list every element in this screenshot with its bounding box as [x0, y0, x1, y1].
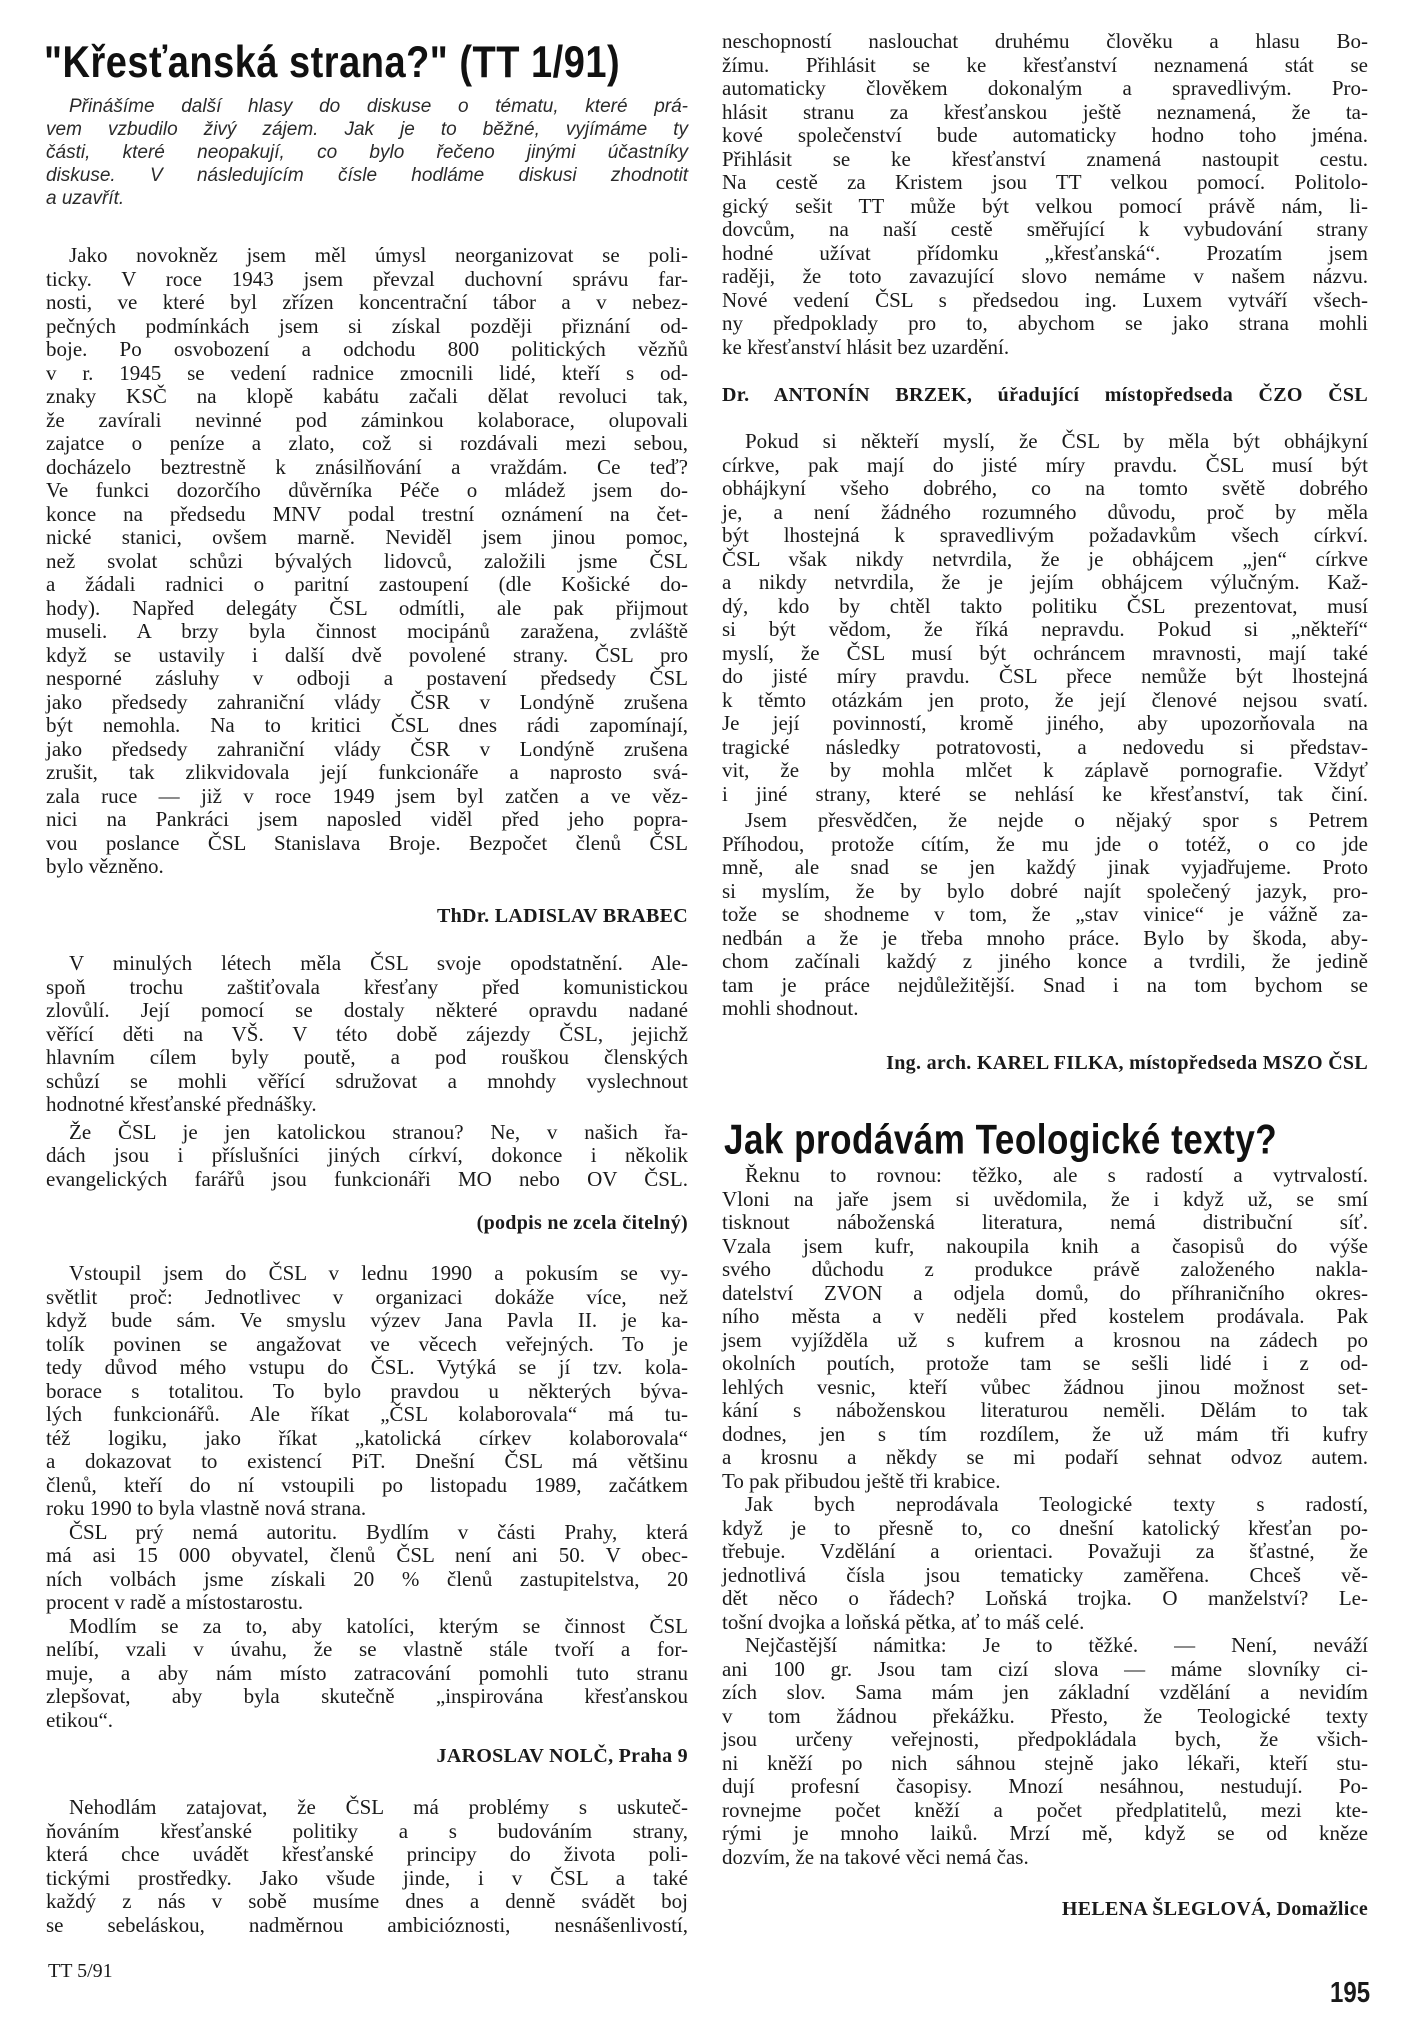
letter-filka: Pokud si někteří myslí, že ČSL by měla b… [722, 430, 1368, 1021]
text-line: Nejčastější námitka: Je to těžké. — Není… [722, 1634, 1368, 1658]
text-line: To pak přibudou ještě tři krabice. [722, 1470, 1368, 1494]
text-line: zlovůlí. Její pomocí se dostaly některé … [46, 999, 688, 1023]
text-line: nesporné zásluhy v odboji a postavení př… [46, 667, 688, 691]
text-line: nedbán a že je třeba mnoho práce. Bylo b… [722, 927, 1368, 951]
text-line: tolík povinen se angažovat ve věcech veř… [46, 1333, 688, 1357]
text-line: nelíbí, vzali v úvahu, že se vlastně stá… [46, 1638, 688, 1662]
signature-filka: Ing. arch. KAREL FILKA, místopředseda MS… [886, 1052, 1368, 1075]
text-line: boje. Po osvobození a odchodu 800 politi… [46, 338, 688, 362]
text-line: mně, ale snad se jen každý jinak vyjadřu… [722, 856, 1368, 880]
text-line: dují profesní časopisy. Mnozí nesáhnou, … [722, 1775, 1368, 1799]
text-line: světlit proč: Jednotlivec v organizaci d… [46, 1286, 688, 1310]
text-line: Pokud si někteří myslí, že ČSL by měla b… [722, 430, 1368, 454]
text-line: Nehodlám zatajovat, že ČSL má problémy s… [46, 1796, 688, 1820]
text-line: tam je práce nejdůležitější. Snad i na t… [722, 974, 1368, 998]
text-line: hodnotné křesťanské přednášky. [46, 1093, 688, 1117]
text-line: konce na předsedu MNV podal trestní ozná… [46, 503, 688, 527]
text-line: jako předsedy zahraniční vlády ČSR v Lon… [46, 738, 688, 762]
text-line: neschopností naslouchat druhému člověku … [722, 30, 1368, 54]
text-line: hodné užívat přídomku „křesťanská“. Proz… [722, 242, 1368, 266]
intro-line: diskuse. V následujícím čísle hodláme di… [46, 164, 688, 187]
text-line: nici na Pankráci jsem naposled viděl pře… [46, 808, 688, 832]
text-line: Na cestě za Kristem jsou TT velkou pomoc… [722, 171, 1368, 195]
text-line: Jak bych neprodávala Teologické texty s … [722, 1493, 1368, 1517]
text-line: dět něco o řádech? Loňská trojka. O manž… [722, 1587, 1368, 1611]
text-line: datelství ZVON a odjela domů, do příhran… [722, 1282, 1368, 1306]
text-line: ticky. V roce 1943 jsem převzal duchovní… [46, 268, 688, 292]
text-line: pečných podmínkách jsem si získal pozděj… [46, 315, 688, 339]
text-line: evangelických farářů jsou funkcionáři MO… [46, 1168, 688, 1192]
text-line: lých funkcionářů. Ale říkat „ČSL kolabor… [46, 1403, 688, 1427]
letter-unsigned: V minulých létech měla ČSL svoje opodsta… [46, 952, 688, 1191]
text-line: etikou“. [46, 1709, 688, 1733]
text-line: docházelo beztrestně k znásilňování a vr… [46, 456, 688, 480]
text-line: rovnejme počet kněží a počet předplatite… [722, 1799, 1368, 1823]
intro-line: Přinášíme další hlasy do diskuse o témat… [46, 95, 688, 118]
text-line: spoň trochu zaštiťovala křesťany před ko… [46, 976, 688, 1000]
text-line: vou poslance ČSL Stanislava Broje. Bezpo… [46, 832, 688, 856]
text-line: zala ruce — již v roce 1949 jsem byl zat… [46, 785, 688, 809]
text-line: mohli shodnout. [722, 997, 1368, 1021]
text-line: Přihlásit se ke křesťanství znamená nast… [722, 148, 1368, 172]
text-line: hody). Napřed delegáty ČSL odmítli, ale … [46, 597, 688, 621]
text-line: tošní dvojka a loňská pětka, ať to máš c… [722, 1611, 1368, 1635]
text-line: V minulých létech měla ČSL svoje opodsta… [46, 952, 688, 976]
text-line: v tom žádnou překážku. Přesto, že Teolog… [722, 1705, 1368, 1729]
text-line: jsem vyjížděla už s kufrem a krosnou na … [722, 1329, 1368, 1353]
text-line: i jiné strany, které se nehlásí ke křesť… [722, 783, 1368, 807]
letter-brabec: Jako novokněz jsem měl úmysl neorganizov… [46, 244, 688, 879]
text-line: hlavním cílem byly poutě, a pod rouškou … [46, 1046, 688, 1070]
text-line: Řeknu to rovnou: těžko, ale s radostí a … [722, 1164, 1368, 1188]
text-line: být nemohla. Na to kritici ČSL dnes rádi… [46, 714, 688, 738]
text-line: bylo vězněno. [46, 855, 688, 879]
article2-body: Řeknu to rovnou: těžko, ale s radostí a … [722, 1164, 1368, 1869]
signature-brzek: Dr. ANTONÍN BRZEK, úřadující místopředse… [722, 384, 1368, 407]
text-line: než svolat schůzi bývalých lidovců, zalo… [46, 550, 688, 574]
text-line: Vzala jsem kufr, nakoupila knih a časopi… [722, 1235, 1368, 1259]
text-line: svého důchodu z produkce právě založenéh… [722, 1258, 1368, 1282]
text-line: a nikdy netvrdila, že je jejím obhájcem … [722, 571, 1368, 595]
text-line: že zavírali nevinné pod záminkou kolabor… [46, 409, 688, 433]
text-line: Modlím se za to, aby katolíci, kterým se… [46, 1615, 688, 1639]
text-line: nické stanici, ovšem marně. Neviděl jsem… [46, 526, 688, 550]
letter-nolc: Vstoupil jsem do ČSL v lednu 1990 a poku… [46, 1262, 688, 1732]
intro-line: vem vzbudilo živý zájem. Jak je to běžné… [46, 118, 688, 141]
text-line: si být vědom, že říká nepravdu. Pokud si… [722, 618, 1368, 642]
intro-line: části, které neopakují, co bylo řečeno j… [46, 141, 688, 164]
text-line: hlásit stranu za křesťanskou ještě nezna… [722, 101, 1368, 125]
text-line: okolních poutích, protože tam se sešli l… [722, 1352, 1368, 1376]
text-line: muje, a aby nám místo zatracování pomohl… [46, 1662, 688, 1686]
text-line: dý, kdo by chtěl takto politiku ČSL prez… [722, 595, 1368, 619]
text-line: a žádali radnici o paritní zastoupení (d… [46, 573, 688, 597]
text-line: zích slov. Sama mám jen základní vzdělán… [722, 1681, 1368, 1705]
text-line: gický sešit TT může být velkou pomocí pr… [722, 195, 1368, 219]
text-line: má asi 15 000 obyvatel, členů ČSL není a… [46, 1544, 688, 1568]
signature-nolc: JAROSLAV NOLČ, Praha 9 [437, 1745, 688, 1768]
text-line: tickými prostředky. Jako všude jinde, i … [46, 1867, 688, 1891]
text-line: zrušit, tak zlikvidovala její funkcionář… [46, 761, 688, 785]
signature-brabec: ThDr. LADISLAV BRABEC [437, 905, 688, 928]
text-line: dovcům, na naší cestě směřující k vybudo… [722, 218, 1368, 242]
issue-folio: TT 5/91 [48, 1960, 113, 1983]
text-line: a krosnu a někdy se mi podaří sehnat odv… [722, 1446, 1368, 1470]
text-line: zajatce o peníze a zlato, což si rozdáva… [46, 432, 688, 456]
text-line: ČSL prý nemá autoritu. Bydlím v části Pr… [46, 1521, 688, 1545]
text-line: Vloni na jaře jsem si uvědomila, že i kd… [722, 1188, 1368, 1212]
text-line: zlepšovat, aby byla skutečně „inspirován… [46, 1685, 688, 1709]
text-line: Příhodou, protože cítím, že mu jde o tot… [722, 833, 1368, 857]
text-line: myslí, že ČSL musí být ochráncem mravnos… [722, 642, 1368, 666]
text-line: chom začínali každý z jiného konce a tvr… [722, 950, 1368, 974]
text-line: a dokazovat to existencí PiT. Dnešní ČSL… [46, 1450, 688, 1474]
text-line: ny předpoklady pro to, abychom se jako s… [722, 312, 1368, 336]
text-line: ňováním křesťanské politiky a s budování… [46, 1820, 688, 1844]
text-line: jako předsedy zahraniční vlády ČSR v Lon… [46, 691, 688, 715]
text-line: ního města a v neděli před kostelem prod… [722, 1305, 1368, 1329]
text-line: každý z nás v sobě musíme dnes a denně s… [46, 1890, 688, 1914]
text-line: jednotlivá čísla jsou tematicky zaměřena… [722, 1564, 1368, 1588]
text-line: tragické následky potratovosti, a nedove… [722, 736, 1368, 760]
text-line: Jsem přesvědčen, že nejde o nějaký spor … [722, 809, 1368, 833]
text-line: v r. 1945 se vedení radnice zmocnili lid… [46, 362, 688, 386]
intro-line: a uzavřít. [46, 187, 688, 210]
text-line: ni kněží po nich sáhnou stejně jako léka… [722, 1752, 1368, 1776]
text-line: Vstoupil jsem do ČSL v lednu 1990 a poku… [46, 1262, 688, 1286]
text-line: jsou určeny veřejnosti, předpokládala by… [722, 1728, 1368, 1752]
text-line: ke křesťanství hlásit bez uzardění. [722, 336, 1368, 360]
text-line: k těmto otázkám jen proto, že její členo… [722, 689, 1368, 713]
text-line: obhájkyní všeho dobrého, co na tomto svě… [722, 477, 1368, 501]
text-line: schůzí se mohli věřící sdružovat a mnohd… [46, 1070, 688, 1094]
page-number: 195 [1330, 1977, 1370, 2011]
text-line: ních volbách jsme získali 20 % členů zas… [46, 1568, 688, 1592]
text-line: procent v radě a místostarostu. [46, 1591, 688, 1615]
text-line: Je její povinností, kromě jiného, aby up… [722, 712, 1368, 736]
letter-brzek-part1: Nehodlám zatajovat, že ČSL má problémy s… [46, 1796, 688, 1937]
letter-brzek-part2: neschopností naslouchat druhému člověku … [722, 30, 1368, 359]
text-line: tedy důvod mého vstupu do ČSL. Vytýká se… [46, 1356, 688, 1380]
text-line: tože se shodneme v tom, že „stav vinice“… [722, 903, 1368, 927]
text-line: členů, kteří do ní vstoupili po listopad… [46, 1474, 688, 1498]
text-line: Ve funkci dozorčího důvěrníka Péče o mlá… [46, 479, 688, 503]
text-line: být lhostejná k spravedlivým požadavkům … [722, 524, 1368, 548]
text-line: Jako novokněz jsem měl úmysl neorganizov… [46, 244, 688, 268]
text-line: když se ustavily i další dvě povolené st… [46, 644, 688, 668]
text-line: raději, že toto zavazující slovo nemáme … [722, 265, 1368, 289]
text-line: nosti, ve které byl zřízen koncentrační … [46, 291, 688, 315]
text-line: ani 100 gr. Jsou tam cizí slova — máme s… [722, 1658, 1368, 1682]
text-line: Nové vedení ČSL s předsedou ing. Luxem v… [722, 289, 1368, 313]
text-line: když bude sám. Ve smyslu výzev Jana Pavl… [46, 1309, 688, 1333]
text-line: se sebeláskou, nadměrnou ambicióznosti, … [46, 1914, 688, 1938]
text-line: která chce uvádět křesťanské principy do… [46, 1843, 688, 1867]
text-line: borace s totalitou. To bylo pravdou u ně… [46, 1380, 688, 1404]
text-line: třebuje. Vzdělání a orientaci. Považuji … [722, 1540, 1368, 1564]
text-line: vit, že by mohla mlčet k záplavě pornogr… [722, 759, 1368, 783]
text-line: dách jsou i příslušníci jiných církví, d… [46, 1144, 688, 1168]
text-line: kání s náboženskou literaturou neměli. D… [722, 1399, 1368, 1423]
text-line: žímu. Přihlásit se ke křesťanství neznam… [722, 54, 1368, 78]
text-line: dodnes, jen s tím rozdílem, že už mám tř… [722, 1423, 1368, 1447]
text-line: Že ČSL je jen katolickou stranou? Ne, v … [46, 1121, 688, 1145]
text-line: museli. A brzy byla činnost mocipánů zar… [46, 620, 688, 644]
text-line: též logiku, jako říkat „katolická církev… [46, 1427, 688, 1451]
text-line: znaky KSČ na klopě kabátu začali dělat r… [46, 385, 688, 409]
text-line: tisknout náboženská literatura, nemá dis… [722, 1211, 1368, 1235]
text-line: lehlých vesnic, kteří vůbec žádnou jinou… [722, 1376, 1368, 1400]
signature-sleglova: HELENA ŠLEGLOVÁ, Domažlice [1062, 1898, 1368, 1921]
text-line: roku 1990 to byla vlastně nová strana. [46, 1497, 688, 1521]
text-line: když je to přesně to, co dnešní katolick… [722, 1517, 1368, 1541]
text-line: církve, pak mají do jisté míry pravdu. Č… [722, 454, 1368, 478]
article-title: "Křesťanská strana?" (TT 1/91) [44, 38, 620, 89]
signature-unsigned: (podpis ne zcela čitelný) [477, 1212, 688, 1235]
text-line: automaticky člověkem dokonalým a spraved… [722, 77, 1368, 101]
text-line: kové společenství bude automaticky hodno… [722, 124, 1368, 148]
text-line: ČSL však nikdy netvrdila, že je obhájcem… [722, 548, 1368, 572]
article2-title: Jak prodávám Teologické texty? [724, 1117, 1277, 1164]
text-line: si myslím, že by bylo dobré najít společ… [722, 880, 1368, 904]
text-line: rými je mnoho laiků. Mrzí mě, když se od… [722, 1822, 1368, 1846]
text-line: dozvím, že na takové věci nemá čas. [722, 1846, 1368, 1870]
text-line: je, a není žádného rozumného důvodu, pro… [722, 501, 1368, 525]
text-line: do jisté míry pravdu. ČSL přece nemůže b… [722, 665, 1368, 689]
text-line: věřící děti na VŠ. V této době zájezdy Č… [46, 1023, 688, 1047]
editorial-intro: Přinášíme další hlasy do diskuse o témat… [46, 95, 688, 210]
